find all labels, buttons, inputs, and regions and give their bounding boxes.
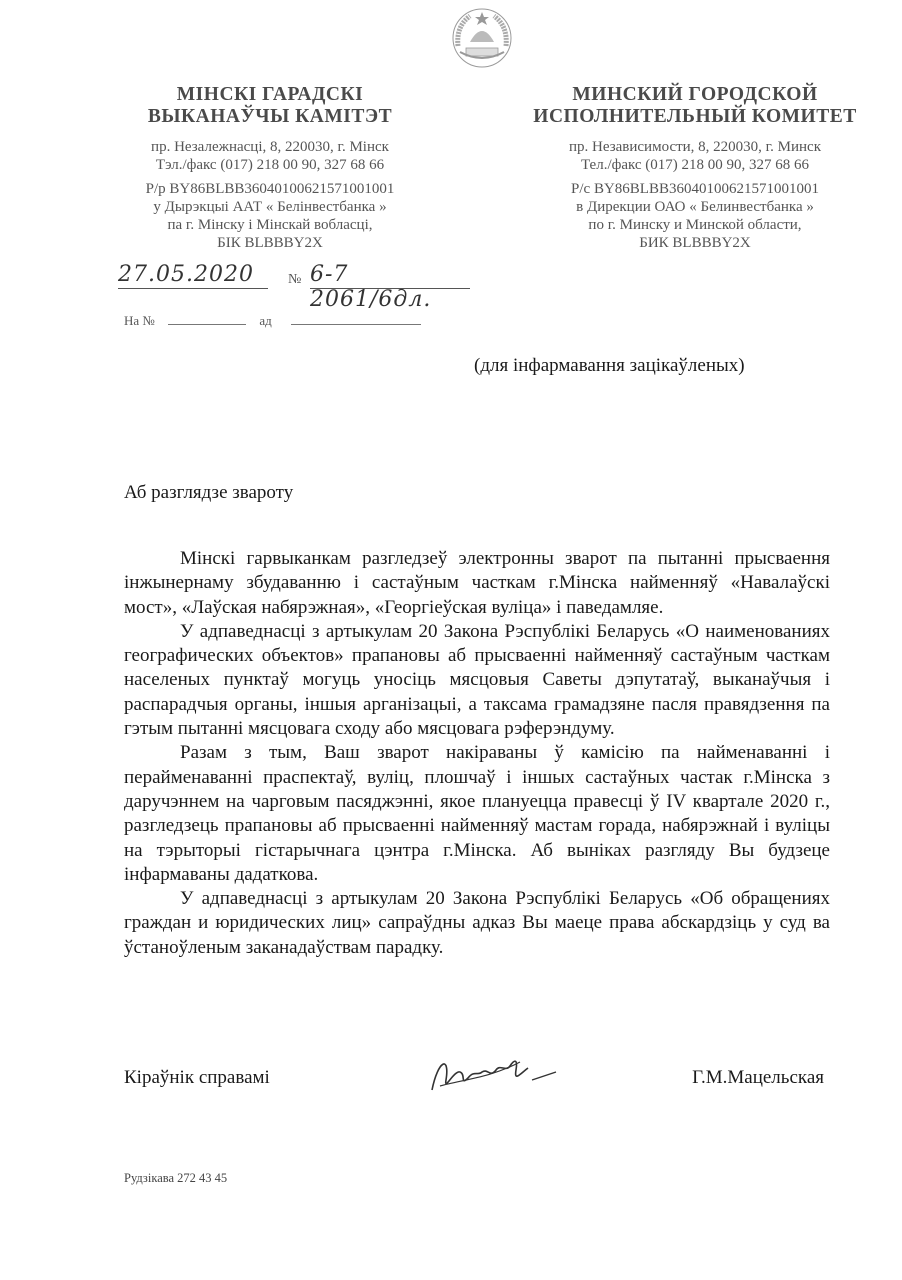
bank-name: в Дирекции ОАО « Белинвестбанка » [530,198,860,216]
org-address: пр. Независимости, 8, 220030, г. Минск [530,138,860,156]
bank-account: Р/с BY86BLBB36040100621571001001 [530,180,860,198]
handwritten-signature-icon [420,1050,560,1100]
ref-date-blank [291,312,421,325]
org-phone: Тэл./факс (017) 218 00 90, 327 68 66 [110,156,430,174]
body-paragraph: Мінскі гарвыканкам разгледзеў электронны… [124,547,830,620]
org-name-line1: МИНСКИЙ ГОРОДСКОЙ [530,84,860,106]
bank-account: Р/р BY86BLBB36040100621571001001 [110,180,430,198]
org-name-line2: ИСПОЛНИТЕЛЬНЫЙ КОМИТЕТ [530,106,860,128]
ref-label: На № [124,313,155,328]
bank-bic: БИК BLBBBY2X [530,234,860,252]
org-name-line2: ВЫКАНАЎЧЫ КАМІТЭТ [110,106,430,128]
bank-bic: БІК BLBBBY2X [110,234,430,252]
number-sign: № [288,272,301,288]
letterhead-belarusian: МІНСКІ ГАРАДСКІ ВЫКАНАЎЧЫ КАМІТЭТ пр. Не… [110,84,430,252]
letter-body: Мінскі гарвыканкам разгледзеў электронны… [124,547,830,960]
registration-date: 27.05.2020 [118,262,254,287]
reference-row: На № ад [124,312,421,329]
body-paragraph: Разам з тым, Ваш зварот накіраваны ў кам… [124,741,830,887]
org-address: пр. Незалежнасці, 8, 220030, г. Мінск [110,138,430,156]
addressee: (для інфармавання зацікаўленых) [474,355,745,377]
org-name-line1: МІНСКІ ГАРАДСКІ [110,84,430,106]
executor-contact: Рудзікава 272 43 45 [124,1171,227,1186]
ref-number-blank [168,312,246,325]
bank-name: у Дырэкцыі ААТ « Белінвестбанка » [110,198,430,216]
bank-region: па г. Мінску і Мінскай вобласці, [110,216,430,234]
body-paragraph: У адпаведнасці з артыкулам 20 Закона Рэс… [124,620,830,741]
bank-region: по г. Минску и Минской области, [530,216,860,234]
subject-line: Аб разглядзе звароту [124,482,293,504]
letterhead-russian: МИНСКИЙ ГОРОДСКОЙ ИСПОЛНИТЕЛЬНЫЙ КОМИТЕТ… [530,84,860,252]
registration-date-field: 27.05.2020 [118,262,268,289]
signatory-name: Г.М.Мацельская [692,1067,824,1089]
ref-from-label: ад [259,313,271,328]
registration-number: 6-7 2061/6дл. [310,262,431,312]
registration-number-field: 6-7 2061/6дл. [310,262,470,289]
state-emblem-icon [448,6,516,70]
body-paragraph: У адпаведнасці з артыкулам 20 Закона Рэс… [124,887,830,960]
org-phone: Тел./факс (017) 218 00 90, 327 68 66 [530,156,860,174]
signatory-title: Кіраўнік справамі [124,1067,270,1089]
